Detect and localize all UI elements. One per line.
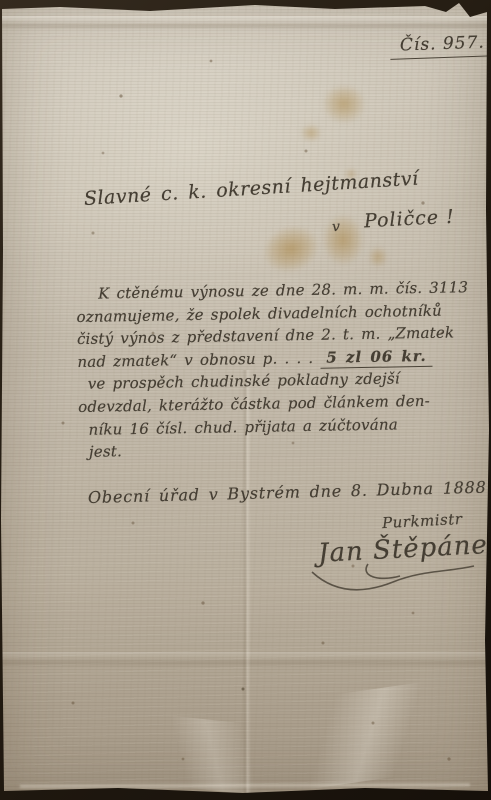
ink-stain (368, 246, 388, 268)
ink-stain (322, 214, 364, 266)
paper-speckles (0, 0, 2, 2)
signature-flourish (308, 562, 478, 598)
body-line-4-text: nad zmatek“ v obnosu p. . . . (77, 349, 313, 371)
top-fold-crease (0, 16, 491, 30)
amount-underlined: 5 zl 06 kr. (320, 347, 433, 369)
paper-sheet: Čís. 957. Slavné c. k. okresní hejtmanst… (0, 0, 491, 800)
reference-number: Čís. 957. (390, 32, 491, 60)
letter-body: K ctěnému výnosu ze dne 28. m. m. čís. 3… (76, 276, 471, 464)
salutation-prefix: v (332, 219, 341, 235)
ink-stain (300, 124, 322, 142)
photo-scene: Čís. 957. Slavné c. k. okresní hejtmanst… (0, 0, 491, 800)
